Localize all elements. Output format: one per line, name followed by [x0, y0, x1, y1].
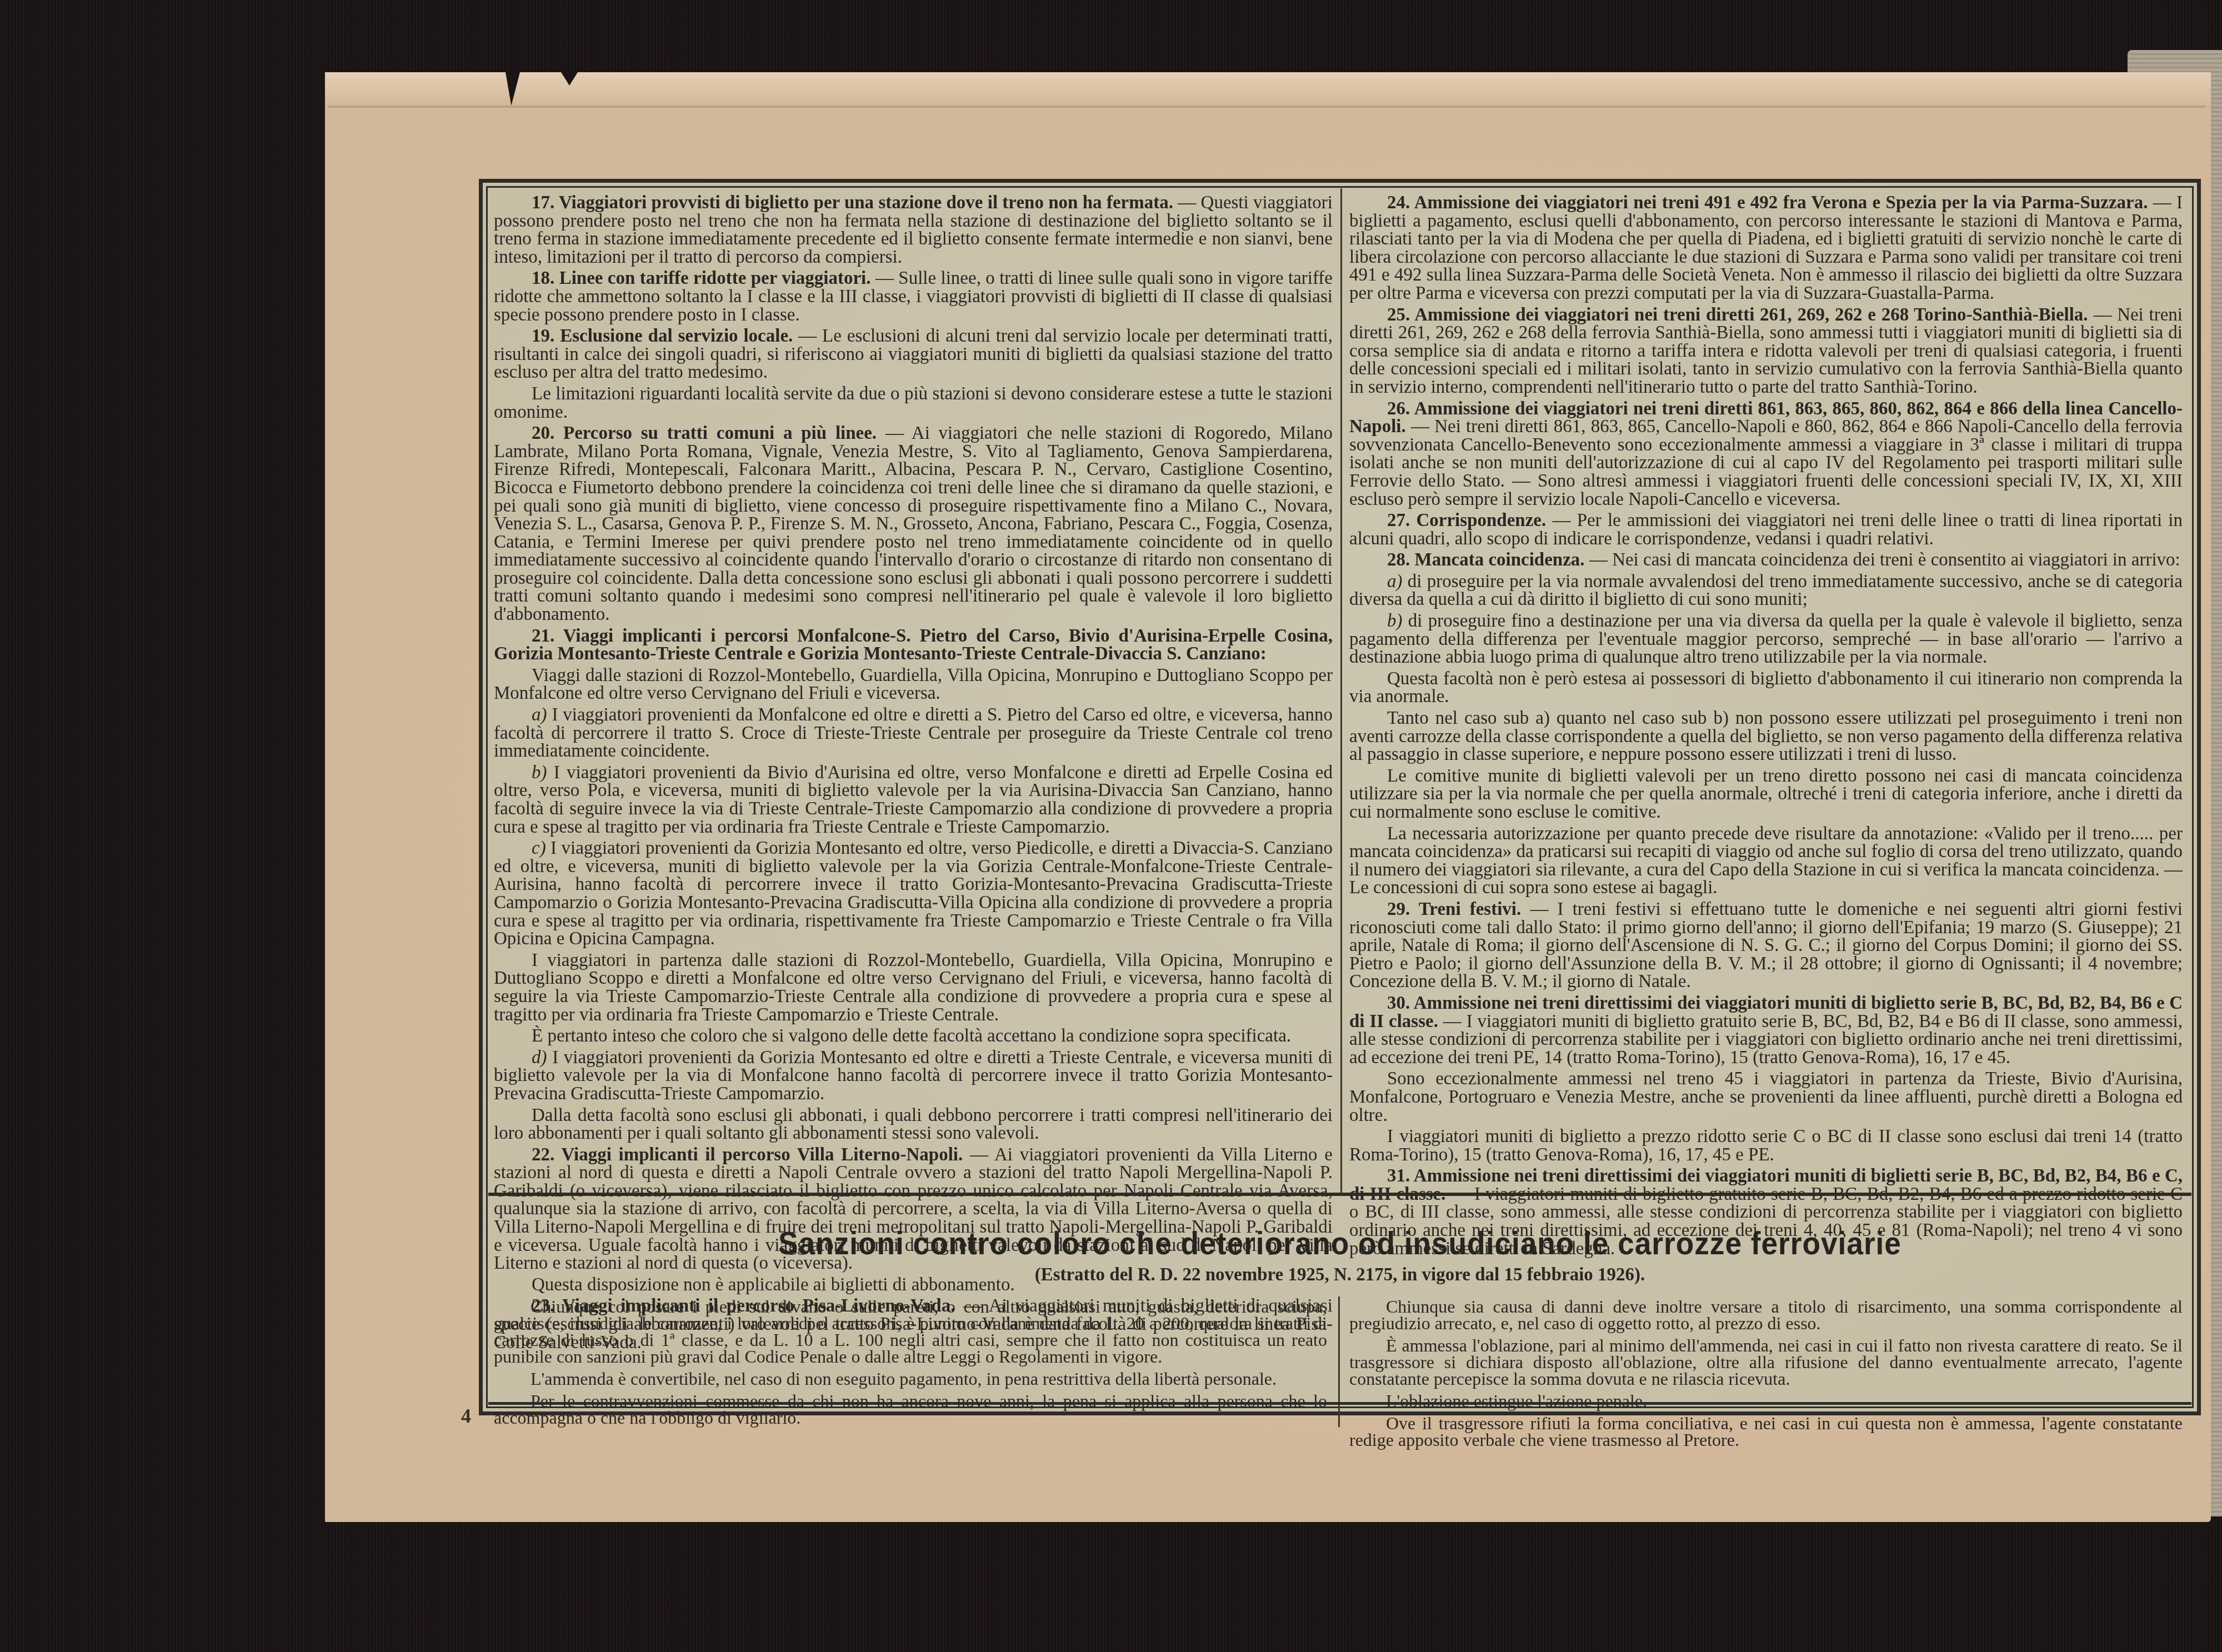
sub-item-label: b) [532, 763, 547, 783]
article-heading: 18. Linee con tariffe ridotte per viaggi… [532, 268, 871, 288]
article-paragraph: 20. Percorso su tratti comuni a più line… [494, 424, 1333, 624]
torn-top-edge [325, 72, 2211, 106]
article-paragraph: 25. Ammissione dei viaggiatori nei treni… [1349, 306, 2183, 397]
article-body: — I viaggiatori muniti di biglietto grat… [1349, 1012, 2183, 1068]
article-paragraph: Viaggi dalle stazioni di Rozzol-Montebel… [494, 667, 1333, 703]
article-body: I viaggiatori provenienti da Monfalcone … [494, 705, 1333, 761]
article-body: di proseguire per la via normale avvalen… [1349, 572, 2183, 610]
sub-item-label: b) [1387, 611, 1403, 631]
article-paragraph: Tanto nel caso sub a) quanto nel caso su… [1349, 709, 2183, 764]
article-paragraph: Sono eccezionalmente ammessi nel treno 4… [1349, 1070, 2183, 1124]
bottom-rule [488, 1402, 2191, 1405]
article-heading: 19. Esclusione dal servizio locale. [532, 326, 793, 346]
sanzioni-column-divider [1338, 1296, 1340, 1427]
sub-item-label: d) [532, 1048, 547, 1068]
article-heading: 21. Viaggi implicanti i percorsi Monfalc… [494, 626, 1333, 664]
bordered-text-frame: 17. Viaggiatori provvisti di biglietto p… [479, 179, 2201, 1415]
article-body: Tanto nel caso sub a) quanto nel caso su… [1349, 708, 2183, 764]
sanzioni-paragraph: L'ammenda è convertibile, nel caso di no… [494, 1370, 1327, 1387]
article-paragraph: 19. Esclusione dal servizio locale. — Le… [494, 327, 1333, 382]
article-paragraph: È pertanto inteso che coloro che si valg… [494, 1027, 1333, 1045]
article-paragraph: a) di proseguire per la via normale avva… [1349, 573, 2183, 609]
article-body: Le limitazioni riguardanti località serv… [494, 384, 1333, 422]
fold-line [328, 106, 2205, 108]
article-body: Questa facoltà non è però estesa ai poss… [1349, 669, 2183, 707]
sanzioni-paragraph: Chiunque col posare i piedi sul divano o… [494, 1298, 1327, 1365]
article-body: La necessaria autorizzazione per quanto … [1349, 824, 2183, 898]
article-paragraph: 26. Ammissione dei viaggiatori nei treni… [1349, 400, 2183, 509]
article-paragraph: I viaggiatori in partenza dalle stazioni… [494, 952, 1333, 1024]
sanzioni-subtitle: (Estratto del R. D. 22 novembre 1925, N.… [494, 1265, 2186, 1285]
article-paragraph: b) di proseguire fino a destinazione per… [1349, 612, 2183, 667]
sanzioni-paragraph: È ammessa l'oblazione, pari al minimo de… [1349, 1337, 2183, 1387]
sanzioni-left-column: Chiunque col posare i piedi sul divano o… [494, 1298, 1327, 1431]
article-paragraph: c) I viaggiatori provenienti da Gorizia … [494, 839, 1333, 948]
sanzioni-paragraph: Per le contravvenzioni commesse da chi n… [494, 1393, 1327, 1426]
sanzioni-paragraph: L'oblazione estingue l'azione penale. [1349, 1393, 2183, 1409]
article-body: È pertanto inteso che coloro che si valg… [532, 1026, 1291, 1046]
left-column: 17. Viaggiatori provvisti di biglietto p… [494, 194, 1333, 1355]
sub-item-label: c) [532, 838, 546, 858]
section-divider [488, 1193, 2191, 1196]
article-body: I viaggiatori provenienti da Bivio d'Aur… [494, 763, 1333, 837]
article-paragraph: b) I viaggiatori provenienti da Bivio d'… [494, 764, 1333, 836]
page-number: 4 [461, 1404, 471, 1428]
article-body: I viaggiatori in partenza dalle stazioni… [494, 950, 1333, 1025]
article-body: Le comitive munite di biglietti valevoli… [1349, 766, 2183, 822]
sanzioni-right-column: Chiunque sia causa di danni deve inoltre… [1349, 1298, 2183, 1454]
article-paragraph: 28. Mancata coincidenza. — Nei casi di m… [1349, 551, 2183, 569]
article-heading: 29. Treni festivi. [1387, 899, 1521, 919]
article-heading: 25. Ammissione dei viaggiatori nei treni… [1387, 305, 2088, 325]
article-paragraph: Dalla detta facoltà sono esclusi gli abb… [494, 1107, 1333, 1143]
article-heading: 17. Viaggiatori provvisti di biglietto p… [532, 193, 1173, 213]
sub-item-label: a) [532, 705, 547, 725]
sanzioni-title: Sanzioni contro coloro che deteriorano o… [562, 1225, 2118, 1262]
article-body: — Ai viaggiatori che nelle stazioni di R… [494, 423, 1333, 624]
article-paragraph: 21. Viaggi implicanti i percorsi Monfalc… [494, 627, 1333, 663]
article-paragraph: d) I viaggiatori provenienti da Gorizia … [494, 1049, 1333, 1103]
article-body: Dalla detta facoltà sono esclusi gli abb… [494, 1105, 1333, 1144]
article-paragraph: I viaggiatori muniti di biglietto a prez… [1349, 1128, 2183, 1164]
article-paragraph: 18. Linee con tariffe ridotte per viaggi… [494, 269, 1333, 324]
article-body: I viaggiatori provenienti da Gorizia Mon… [494, 838, 1333, 949]
sanzioni-paragraph: Chiunque sia causa di danni deve inoltre… [1349, 1298, 2183, 1331]
article-paragraph: 27. Corrispondenze. — Per le ammissioni … [1349, 512, 2183, 548]
article-paragraph: 30. Ammissione nei treni direttissimi de… [1349, 994, 2183, 1067]
article-body: I viaggiatori provenienti da Gorizia Mon… [494, 1048, 1333, 1104]
right-column: 24. Ammissione dei viaggiatori nei treni… [1349, 194, 2183, 1261]
article-paragraph: a) I viaggiatori provenienti da Monfalco… [494, 706, 1333, 760]
article-paragraph: 17. Viaggiatori provvisti di biglietto p… [494, 194, 1333, 266]
article-heading: 28. Mancata coincidenza. [1387, 550, 1585, 570]
article-body: di proseguire fino a destinazione per un… [1349, 611, 2183, 667]
article-paragraph: Le limitazioni riguardanti località serv… [494, 385, 1333, 421]
article-heading: 22. Viaggi implicanti il percorso Villa … [532, 1145, 963, 1165]
article-body: Sono eccezionalmente ammessi nel treno 4… [1349, 1069, 2183, 1125]
article-paragraph: 24. Ammissione dei viaggiatori nei treni… [1349, 194, 2183, 303]
article-body: Viaggi dalle stazioni di Rozzol-Montebel… [494, 665, 1333, 704]
article-paragraph: 29. Treni festivi. — I treni festivi si … [1349, 900, 2183, 991]
sub-item-label: a) [1387, 572, 1403, 592]
article-heading: 24. Ammissione dei viaggiatori nei treni… [1387, 193, 2148, 213]
article-body: — Nei treni diretti 861, 863, 865, Cance… [1349, 417, 2183, 509]
article-body: I viaggiatori muniti di biglietto a prez… [1349, 1127, 2183, 1165]
article-paragraph: Le comitive munite di biglietti valevoli… [1349, 767, 2183, 822]
article-body: — Nei casi di mancata coincidenza dei tr… [1585, 550, 2180, 570]
sanzioni-section: Sanzioni contro coloro che deteriorano o… [494, 1199, 2186, 1400]
article-heading: 20. Percorso su tratti comuni a più line… [532, 423, 877, 443]
article-paragraph: Questa facoltà non è però estesa ai poss… [1349, 670, 2183, 706]
article-heading: 27. Corrispondenze. [1387, 510, 1546, 530]
column-divider [1340, 188, 1342, 1194]
article-paragraph: La necessaria autorizzazione per quanto … [1349, 825, 2183, 897]
sanzioni-paragraph: Ove il trasgressore rifiuti la forma con… [1349, 1415, 2183, 1448]
